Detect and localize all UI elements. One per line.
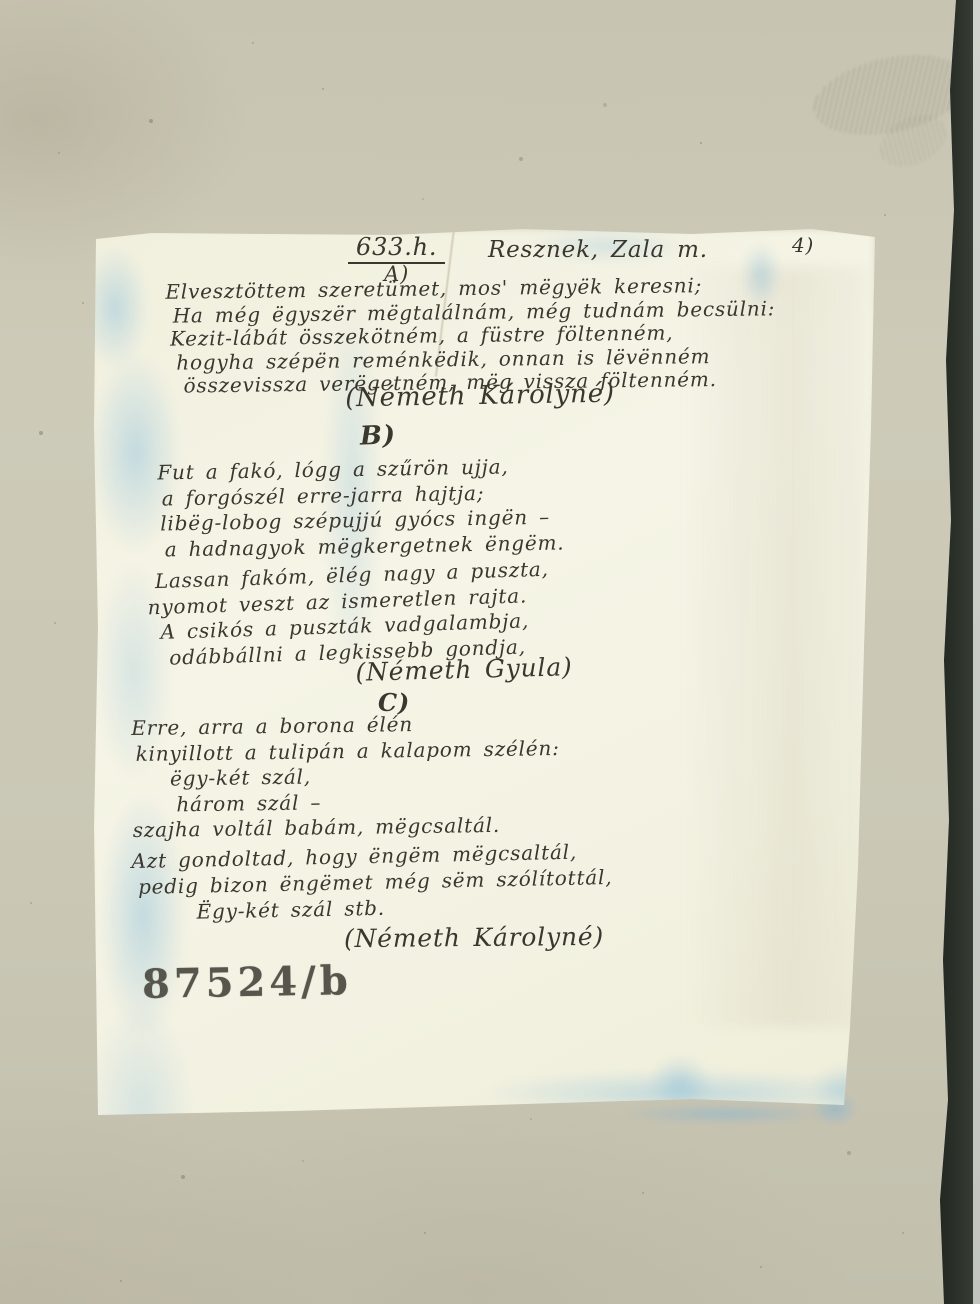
song-a-attribution: (Németh Károlyné) (310, 378, 650, 414)
location-heading: Resznek, Zala m. (488, 237, 708, 263)
manuscript-sheet: 633.h. A) Resznek, Zala m. 4) Elvesztött… (92, 227, 878, 1118)
catalog-number: 633.h. (348, 233, 445, 264)
song-c-stanza-2: Azt gondoltad, hogy ëngëm mëgcsaltál, pe… (131, 838, 613, 926)
blue-chalk-stain (620, 1104, 830, 1124)
song-line: szajha voltál babám, mëgcsaltál. (133, 812, 561, 843)
corner-mark: 4) (792, 233, 814, 257)
paper-speckles (0, 0, 2, 2)
accession-number-stamp: 87524/b (142, 957, 353, 1008)
section-b-label: B) (359, 420, 396, 451)
song-c-attribution: (Németh Károlyné) (304, 922, 644, 954)
scanned-album-page: 633.h. A) Resznek, Zala m. 4) Elvesztött… (0, 0, 980, 1304)
page-block-edge (973, 0, 980, 1304)
song-b-stanza-1: Fut a fakó, lógg a szűrön ujja, a forgós… (157, 453, 564, 562)
song-c-stanza-1: Erre, arra a borona élén kinyillott a tu… (131, 710, 561, 843)
song-a-stanza: Elvesztöttem szeretümet, mos' mëgyëk ker… (165, 273, 776, 398)
